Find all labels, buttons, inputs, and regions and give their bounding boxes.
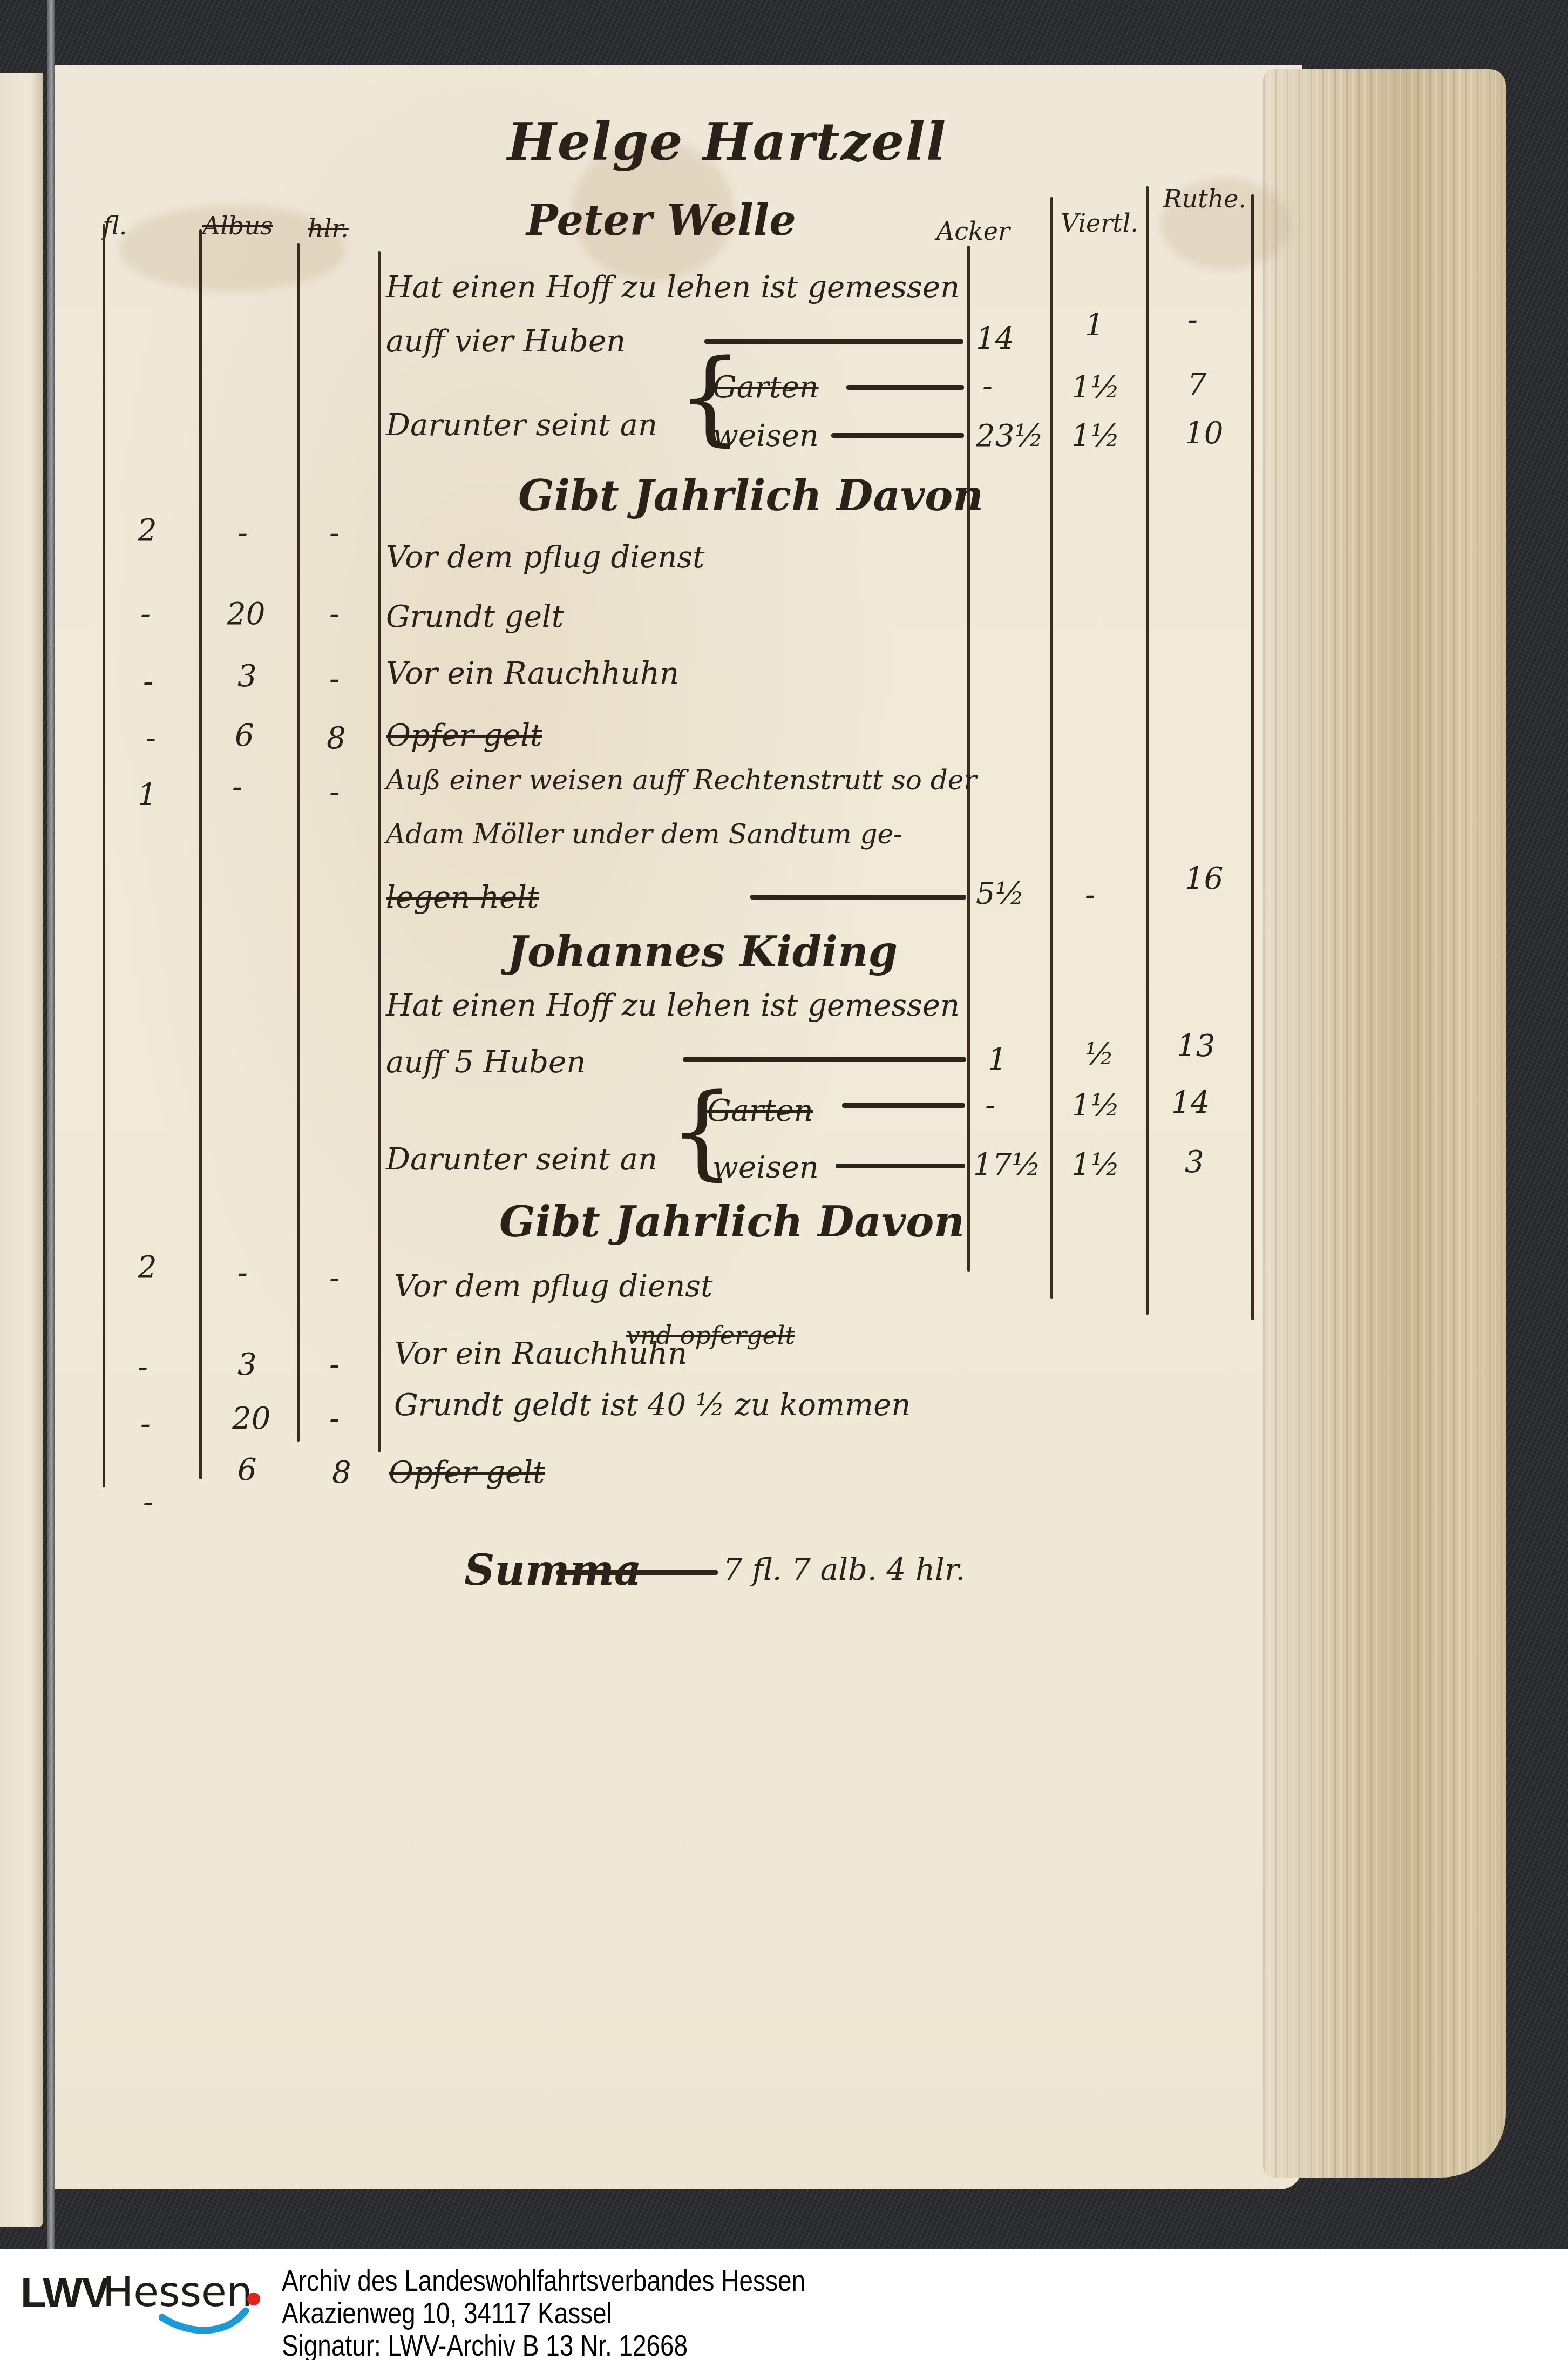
value-ruthe: 13 (1177, 1031, 1215, 1061)
value-ruthe: 10 (1185, 418, 1223, 449)
value-ruthe: - (1187, 305, 1198, 335)
payment-text: Vor dem pflug dienst (394, 1272, 713, 1302)
payment-hlr: - (329, 599, 340, 630)
property-line: Hat einen Hoff zu lehen ist gemessen (386, 991, 960, 1021)
leader-line (556, 1570, 718, 1575)
sub-item-label: weisen (712, 1153, 819, 1183)
logo-dot-icon (247, 2293, 260, 2305)
archive-signature: Signatur: LWV-Archiv B 13 Nr. 12668 (282, 2330, 688, 2360)
leader-line (704, 339, 963, 344)
payment-hlr: - (329, 1404, 340, 1434)
payment-fl: 2 (138, 1253, 157, 1283)
col-header-acker: Acker (936, 219, 1010, 244)
payment-fl: 2 (138, 516, 157, 546)
payment-albus: - (237, 518, 248, 549)
leader-line (836, 1164, 965, 1168)
column-rule (1251, 194, 1254, 1320)
value-viertl: 1½ (1071, 421, 1120, 451)
payment-text: Opfer gelt (389, 1458, 545, 1488)
value-acker: - (985, 1091, 995, 1121)
value-ruthe: 14 (1171, 1088, 1210, 1118)
payment-hlr: 8 (332, 1458, 351, 1488)
payment-text: Vor dem pflug dienst (386, 543, 705, 573)
col-header-ruthe: Ruthe. (1163, 186, 1246, 211)
value-viertl: 1½ (1071, 1091, 1120, 1121)
column-rule (103, 224, 105, 1487)
payment-text: Vor ein Rauchhuhn (386, 659, 679, 689)
value-viertl: - (1085, 880, 1095, 910)
col-header-albus: Albus (202, 213, 273, 238)
leader-line (683, 1057, 966, 1062)
payment-albus: 6 (237, 1455, 257, 1485)
payment-hlr: - (329, 1263, 340, 1294)
value-ruthe: 7 (1187, 370, 1207, 400)
value-viertl: 1½ (1071, 1150, 1120, 1180)
payment-albus: 3 (237, 661, 257, 692)
payment-hlr: 8 (327, 723, 346, 754)
page-title: Helge Hartzell (507, 116, 947, 168)
payment-fl: - (138, 1353, 148, 1383)
value-acker: 23½ (976, 421, 1044, 451)
column-rule (297, 243, 300, 1442)
glass-plate-edge (47, 0, 55, 2249)
value-acker: 17½ (973, 1150, 1041, 1180)
value-acker: 14 (976, 324, 1014, 354)
logo-swoosh-icon (159, 2305, 251, 2341)
archive-name: Archiv des Landeswohlfahrtsverbandes Hes… (282, 2266, 805, 2296)
value-viertl: 1½ (1071, 373, 1120, 403)
facing-page-edge (0, 73, 43, 2227)
payment-albus: 20 (227, 599, 265, 630)
payment-albus: - (237, 1258, 248, 1288)
property-line: Darunter seint an (386, 410, 657, 441)
payment-hlr: - (329, 518, 340, 549)
yearly-heading: Gibt Jahrlich Davon (518, 475, 983, 517)
column-rule (378, 251, 381, 1452)
property-line: Hat einen Hoff zu lehen ist gemessen (386, 273, 960, 303)
payment-albus: - (232, 772, 242, 802)
book-page-stack (1263, 69, 1506, 2178)
col-header-hlr: hlr. (308, 216, 349, 241)
col-header-viertl: Viertl. (1061, 211, 1138, 235)
total-value: 7 fl. 7 alb. 4 hlr. (723, 1555, 965, 1585)
col-header-fl: fl. (103, 213, 127, 238)
column-rule (1050, 197, 1053, 1299)
value-acker: 1 (988, 1045, 1007, 1075)
column-rule (967, 246, 970, 1272)
yearly-heading: Gibt Jahrlich Davon (499, 1201, 965, 1243)
payment-fl: - (140, 599, 151, 630)
leader-line (750, 895, 966, 900)
payment-fl: 1 (138, 780, 157, 810)
scanned-manuscript-photo: Helge Hartzell Peter Welle fl. Albus hlr… (0, 0, 1568, 2249)
payment-hlr: - (329, 664, 340, 694)
continuation-line: legen helt (386, 883, 539, 913)
payment-fl: - (143, 1487, 153, 1518)
payment-fl: - (146, 723, 156, 754)
payment-albus: 3 (237, 1350, 257, 1380)
property-line: auff 5 Huben (386, 1047, 586, 1078)
struck-text: vnd opfergelt (626, 1323, 795, 1348)
value-acker: 5½ (976, 879, 1024, 909)
leader-line (831, 433, 964, 438)
column-rule (1146, 186, 1149, 1315)
value-viertl: 1 (1085, 310, 1104, 341)
leader-line (842, 1103, 965, 1108)
sub-item-label: weisen (712, 421, 819, 451)
value-acker: - (982, 371, 993, 402)
sub-item-label: Garten (712, 373, 819, 403)
payment-text: Grundt geldt ist 40 ½ zu kommen (394, 1390, 911, 1421)
payment-hlr: - (329, 777, 340, 808)
payment-albus: 20 (232, 1404, 270, 1434)
payment-fl: - (143, 667, 153, 697)
leader-line (846, 385, 964, 390)
property-line: Darunter seint an (386, 1145, 657, 1175)
logo-lwv-text: LWV (21, 2271, 108, 2314)
column-rule (199, 229, 202, 1479)
payment-text: Auß einer weisen auff Rechtenstrutt so d… (386, 767, 976, 794)
sub-item-label: Garten (707, 1096, 813, 1126)
value-ruthe: 16 (1185, 864, 1223, 894)
section-owner-1: Peter Welle (526, 200, 796, 242)
payment-text: Opfer gelt (386, 721, 542, 751)
payment-hlr: - (329, 1350, 340, 1380)
property-line: auff vier Huben (386, 327, 626, 357)
section-owner-2: Johannes Kiding (507, 931, 898, 973)
value-viertl: ½ (1085, 1039, 1114, 1070)
payment-text: Grundt gelt (386, 602, 564, 632)
archive-address: Akazienweg 10, 34117 Kassel (282, 2298, 612, 2328)
value-ruthe: 3 (1185, 1147, 1204, 1178)
continuation-line: Adam Möller under dem Sandtum ge- (386, 821, 902, 848)
payment-fl: - (140, 1409, 151, 1439)
payment-albus: 6 (235, 721, 254, 751)
